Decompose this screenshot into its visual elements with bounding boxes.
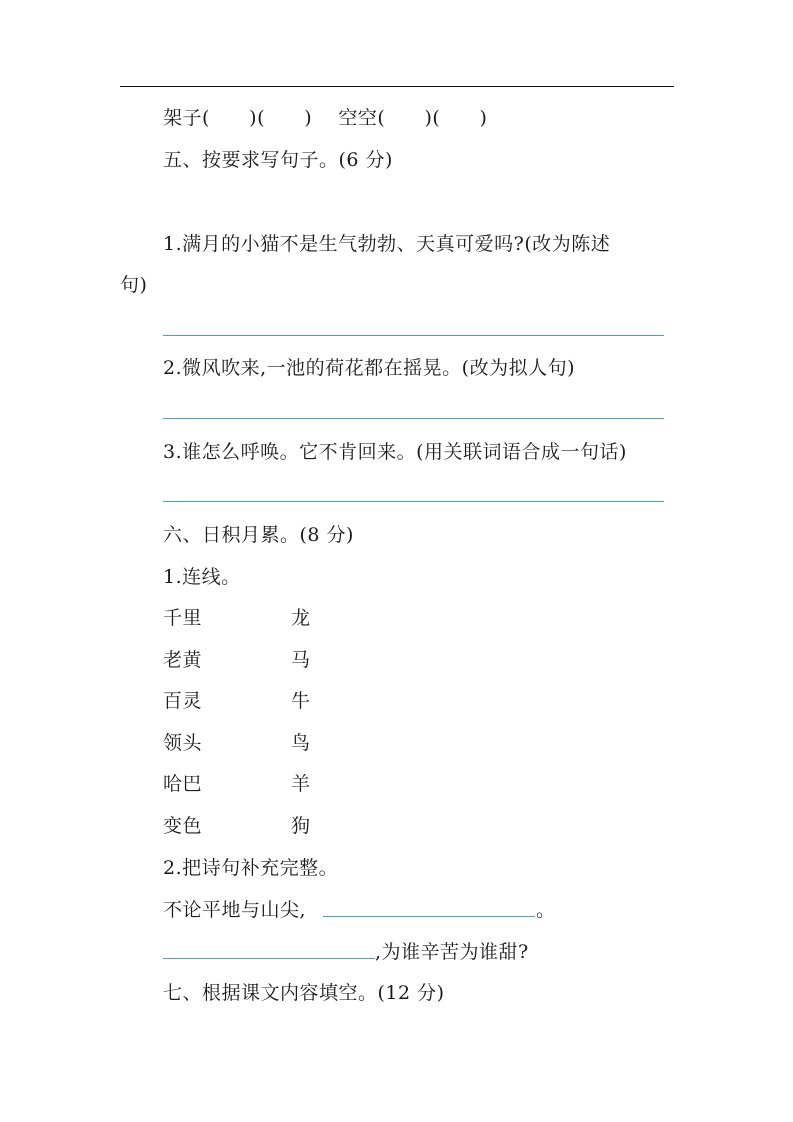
match-right-item[interactable]: 狗 [291,814,311,838]
match-left-item[interactable]: 老黄 [163,648,202,672]
poem-line-1-suffix: 。 [536,898,556,922]
match-right-item[interactable]: 龙 [291,606,311,630]
match-left-item[interactable]: 哈巴 [163,772,202,796]
section5-title: 五、按要求写句子。(6 分) [163,148,393,172]
poem-blank-1[interactable] [323,916,535,917]
poem-line-2-suffix: ,为谁辛苦为谁甜? [375,940,529,964]
poem-line-1-prefix: 不论平地与山尖, [163,898,306,922]
s5-item1-line2: 句) [120,273,147,297]
answer-line-2[interactable] [163,418,664,419]
match-left-item[interactable]: 领头 [163,731,202,755]
match-right-item[interactable]: 马 [291,648,311,672]
word-kongkong: 空空 [338,107,377,129]
blank-paren[interactable]: ( ) [257,107,312,129]
word-jiazi: 架子 [163,107,202,129]
match-left-item[interactable]: 变色 [163,814,202,838]
match-left-item[interactable]: 千里 [163,606,202,630]
blank-paren[interactable]: ( ) [377,107,432,129]
section7-title: 七、根据课文内容填空。(12 分) [163,981,445,1005]
match-left-item[interactable]: 百灵 [163,689,202,713]
match-right-item[interactable]: 羊 [291,772,311,796]
blank-paren[interactable]: ( ) [202,107,257,129]
s5-item3: 3.谁怎么呼唤。它不肯回来。(用关联词语合成一句话) [163,440,627,464]
answer-line-3[interactable] [163,501,664,502]
match-right-item[interactable]: 鸟 [291,731,311,755]
match-right-item[interactable]: 牛 [291,689,311,713]
s5-item1-line1: 1.满月的小猫不是生气勃勃、天真可爱吗?(改为陈述 [163,232,610,256]
poem-blank-2[interactable] [163,958,375,959]
s6-q2-title: 2.把诗句补充完整。 [163,856,338,880]
blank-paren[interactable]: ( ) [432,107,487,129]
section6-title: 六、日积月累。(8 分) [163,523,354,547]
header-rule [120,86,674,87]
s5-item2: 2.微风吹来,一池的荷花都在摇晃。(改为拟人句) [163,356,575,380]
answer-line-1[interactable] [163,335,664,336]
s6-q1-title: 1.连线。 [163,565,241,589]
word-expansion-line: 架子( )( ) 空空( )( ) [163,106,487,130]
